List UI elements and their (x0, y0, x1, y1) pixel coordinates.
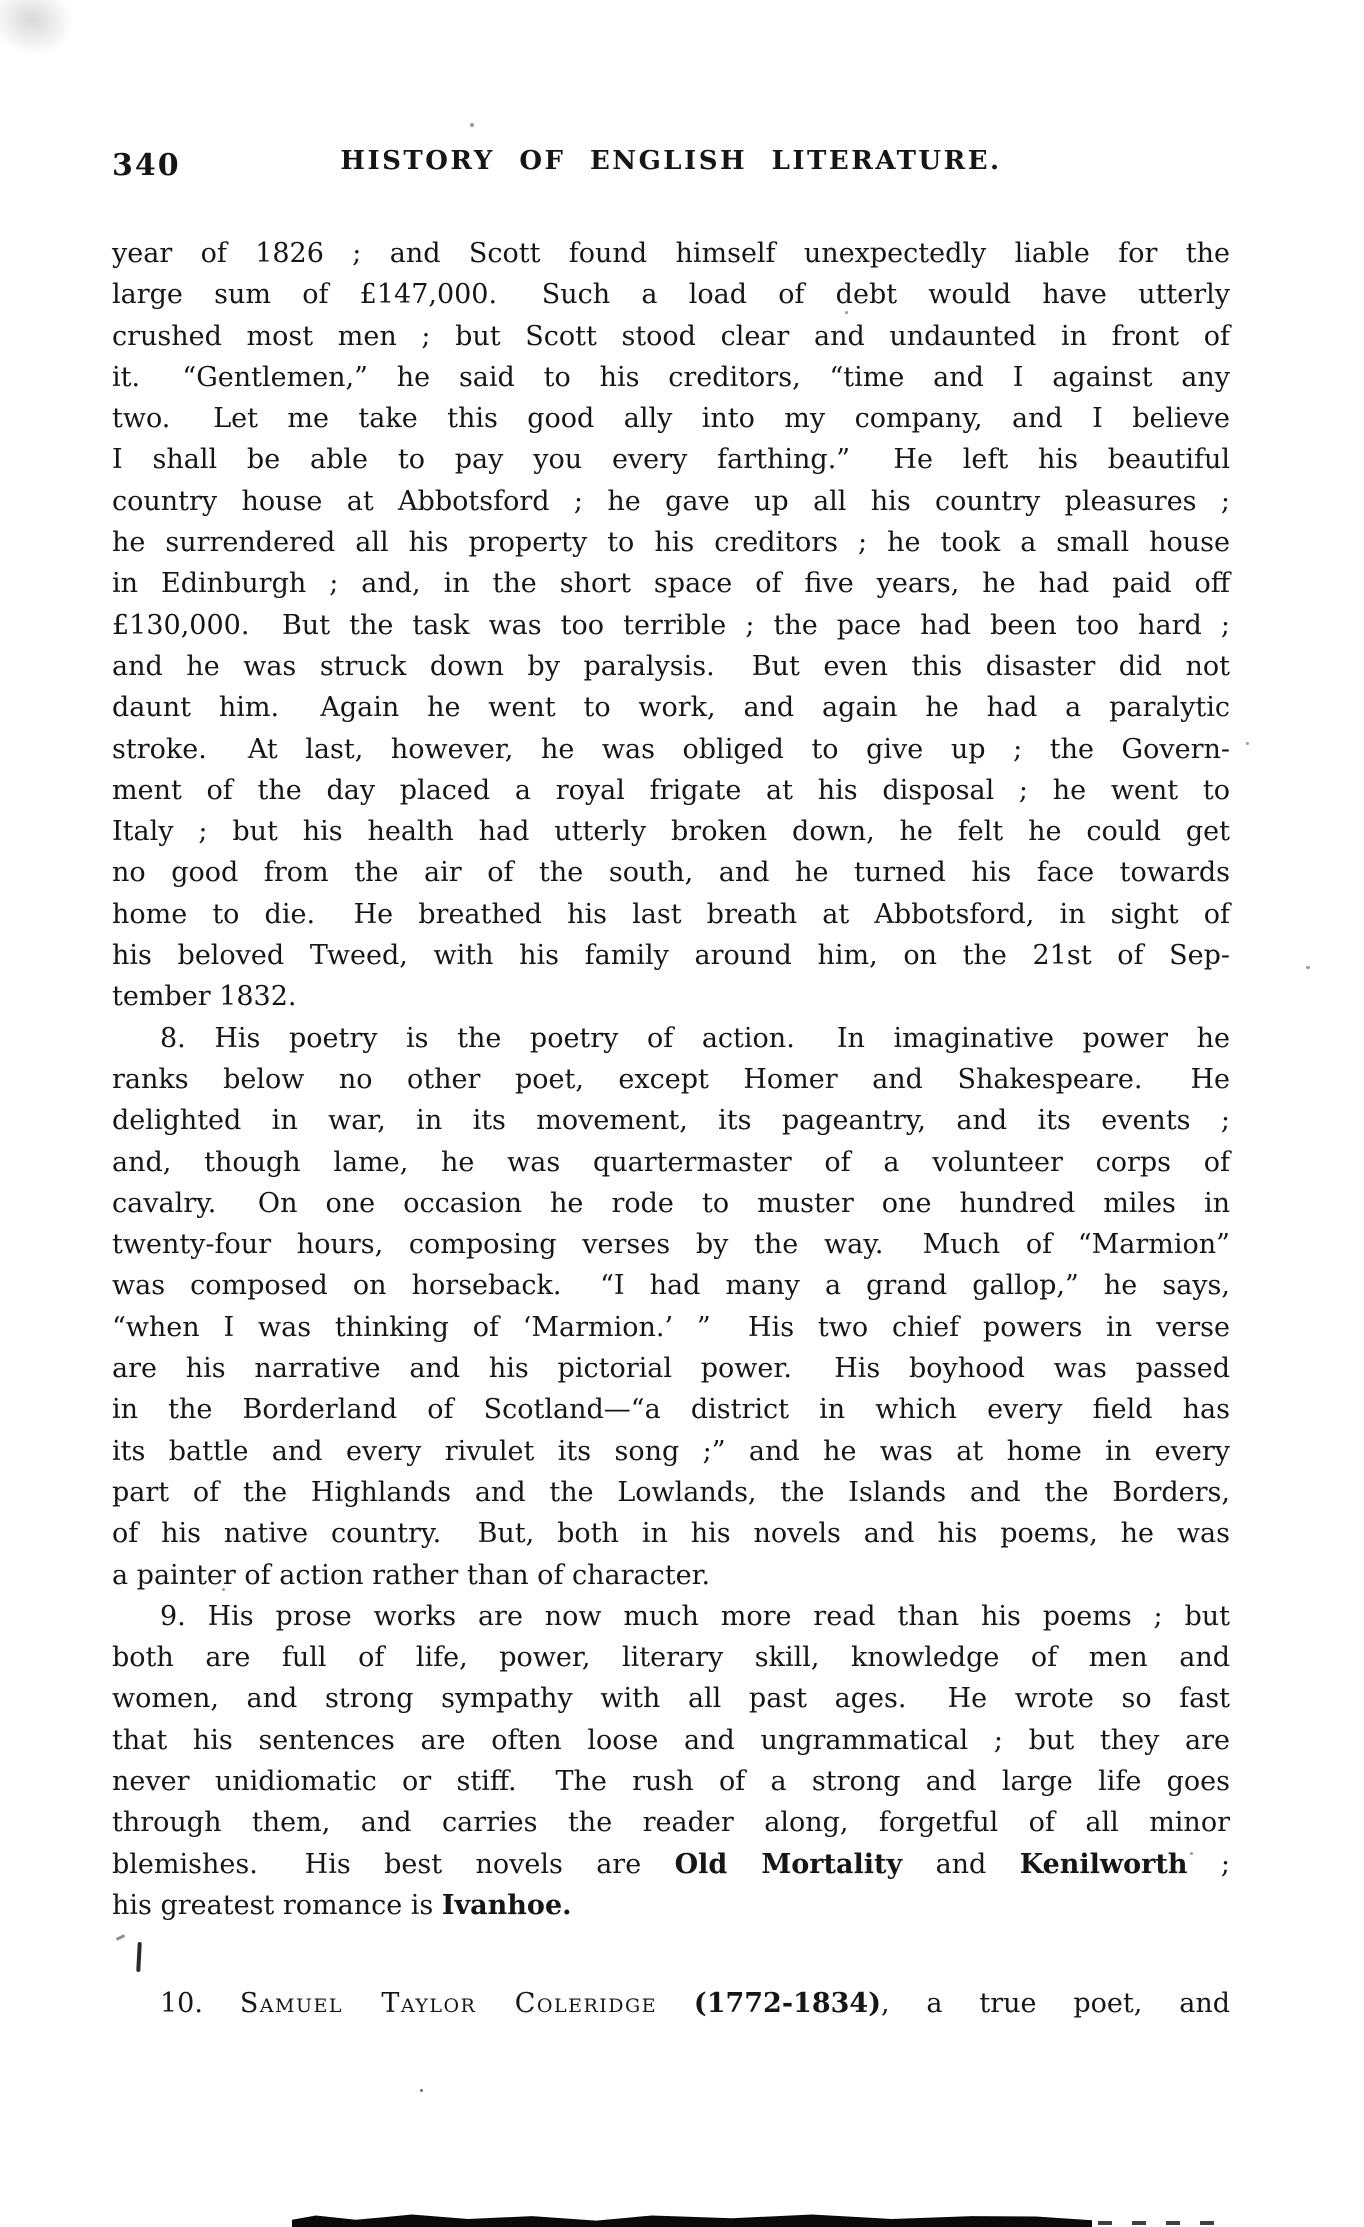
text-line: in the Borderland of Scotland—“a distric… (112, 1389, 1230, 1430)
text-line: his greatest romance is Ivanhoe. (112, 1885, 1230, 1926)
text-line: cavalry. On one occasion he rode to must… (112, 1183, 1230, 1224)
text-line: part of the Highlands and the Lowlands, … (112, 1472, 1230, 1513)
text-line: Italy ; but his health had utterly broke… (112, 811, 1230, 852)
text-line: never unidiomatic or stiff. The rush of … (112, 1761, 1230, 1802)
scan-speck (1246, 742, 1249, 745)
text-line: tember 1832. (112, 976, 1230, 1017)
text-line: of his native country. But, both in his … (112, 1513, 1230, 1554)
text-line: women, and strong sympathy with all past… (112, 1678, 1230, 1719)
text-line: I shall be able to pay you every farthin… (112, 439, 1230, 480)
text-line: 8. His poetry is the poetry of action. I… (112, 1018, 1230, 1059)
text-line: £130,000. But the task was too terrible … (112, 605, 1230, 646)
text-line: through them, and carries the reader alo… (112, 1802, 1230, 1843)
scan-speck (470, 123, 474, 127)
text-line: and, though lame, he was quartermaster o… (112, 1142, 1230, 1183)
scan-speck (420, 2089, 423, 2092)
text-line: twenty-four hours, composing verses by t… (112, 1224, 1230, 1265)
text-line: year of 1826 ; and Scott found himself u… (112, 233, 1230, 274)
text-line: delighted in war, in its movement, its p… (112, 1100, 1230, 1141)
scanned-book-page: { "colors": { "ink": "#161616", "paper":… (0, 0, 1364, 2227)
text-line: 9. His prose works are now much more rea… (112, 1596, 1230, 1637)
text-line: two. Let me take this good ally into my … (112, 398, 1230, 439)
scan-speck (222, 1588, 225, 1591)
text-line: he surrendered all his property to his c… (112, 522, 1230, 563)
page-number: 340 (112, 148, 181, 183)
text-line: his beloved Tweed, with his family aroun… (112, 935, 1230, 976)
text-line: that his sentences are often loose and u… (112, 1720, 1230, 1761)
text-line: stroke. At last, however, he was obliged… (112, 729, 1230, 770)
scan-speck (1306, 966, 1310, 969)
text-line: 10. Samuel Taylor Coleridge (1772-1834),… (112, 1983, 1230, 2024)
text-line: a painter of action rather than of chara… (112, 1555, 1230, 1596)
text-line: its battle and every rivulet its song ;”… (112, 1431, 1230, 1472)
text-line: “when I was thinking of ‘Marmion.’ ” His… (112, 1307, 1230, 1348)
text-line: blemishes. His best novels are Old Morta… (112, 1844, 1230, 1885)
paragraph: 8. His poetry is the poetry of action. I… (112, 1018, 1230, 1596)
text-line: home to die. He breathed his last breath… (112, 894, 1230, 935)
running-title: HISTORY OF ENGLISH LITERATURE. (112, 146, 1230, 176)
text-line: it. “Gentlemen,” he said to his creditor… (112, 357, 1230, 398)
text-line: both are full of life, power, literary s… (112, 1637, 1230, 1678)
scan-edge-artifact (292, 2211, 1092, 2227)
paragraph: 10. Samuel Taylor Coleridge (1772-1834),… (112, 1983, 1230, 2024)
text-line: large sum of £147,000. Such a load of de… (112, 274, 1230, 315)
scan-speck (1190, 1852, 1193, 1855)
text-line: crushed most men ; but Scott stood clear… (112, 316, 1230, 357)
text-line: ranks below no other poet, except Homer … (112, 1059, 1230, 1100)
text-line: daunt him. Again he went to work, and ag… (112, 687, 1230, 728)
text-line: ment of the day placed a royal frigate a… (112, 770, 1230, 811)
text-line: and he was struck down by paralysis. But… (112, 646, 1230, 687)
text-line: are his narrative and his pictorial powe… (112, 1348, 1230, 1389)
scan-speck (845, 311, 848, 314)
page-body: year of 1826 ; and Scott found himself u… (112, 233, 1230, 2024)
scan-smudge-top-left (0, 0, 105, 86)
paragraph: year of 1826 ; and Scott found himself u… (112, 233, 1230, 1018)
text-line: was composed on horseback. “I had many a… (112, 1265, 1230, 1306)
page-header: 340 HISTORY OF ENGLISH LITERATURE. (112, 146, 1230, 176)
text-line: in Edinburgh ; and, in the short space o… (112, 563, 1230, 604)
text-line: country house at Abbotsford ; he gave up… (112, 481, 1230, 522)
scan-edge-artifact-dashes (1098, 2221, 1232, 2225)
text-line: no good from the air of the south, and h… (112, 852, 1230, 893)
paragraph: 9. His prose works are now much more rea… (112, 1596, 1230, 1926)
